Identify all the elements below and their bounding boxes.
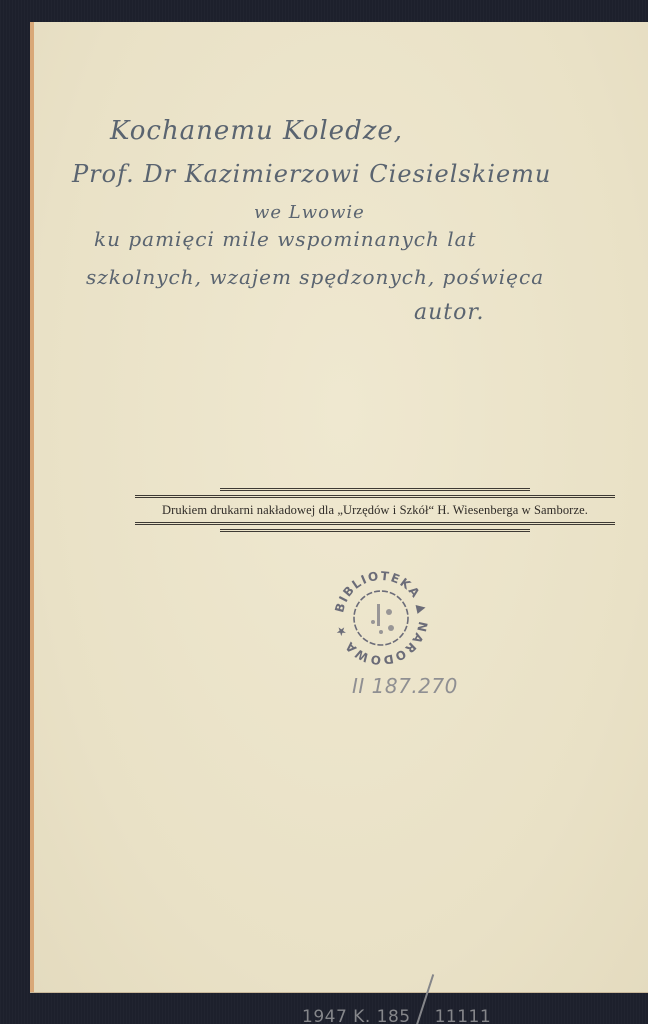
dedication-line-3: we Lwowie xyxy=(254,202,365,223)
book-page: Kochanemu Koledze, Prof. Dr Kazimierzowi… xyxy=(30,22,648,992)
svg-text:BIBLIOTEKA ▲ NARODOWA ★: BIBLIOTEKA ▲ NARODOWA ★ xyxy=(333,570,429,666)
accession-number: 1947 K. 18511111 xyxy=(302,973,491,1024)
dedication-line-2: Prof. Dr Kazimierzowi Ciesielskiemu xyxy=(72,160,551,188)
dedication-line-5: szkolnych, wzajem spędzonych, poświęca xyxy=(86,265,544,289)
library-stamp-icon: BIBLIOTEKA ▲ NARODOWA ★ xyxy=(333,570,429,666)
shelfmark-pencil: II 187.270 xyxy=(352,674,458,698)
imprint-text: Drukiem drukarni nakładowej dla „Urzędów… xyxy=(124,498,626,522)
printer-imprint: Drukiem drukarni nakładowej dla „Urzędów… xyxy=(124,488,626,532)
accession-right: 11111 xyxy=(435,1007,492,1024)
dedication-line-1: Kochanemu Koledze, xyxy=(110,116,403,146)
slash-mark xyxy=(413,974,433,1024)
dedication-line-4: ku pamięci mile wspominanych lat xyxy=(94,227,477,251)
top-rule-short xyxy=(220,488,530,491)
bottom-rule-short xyxy=(220,529,530,532)
accession-left: 1947 K. 185 xyxy=(302,1007,411,1024)
top-rule-long xyxy=(135,495,615,498)
bottom-rule-long xyxy=(135,522,615,525)
dedication-signature: autor. xyxy=(414,300,484,325)
